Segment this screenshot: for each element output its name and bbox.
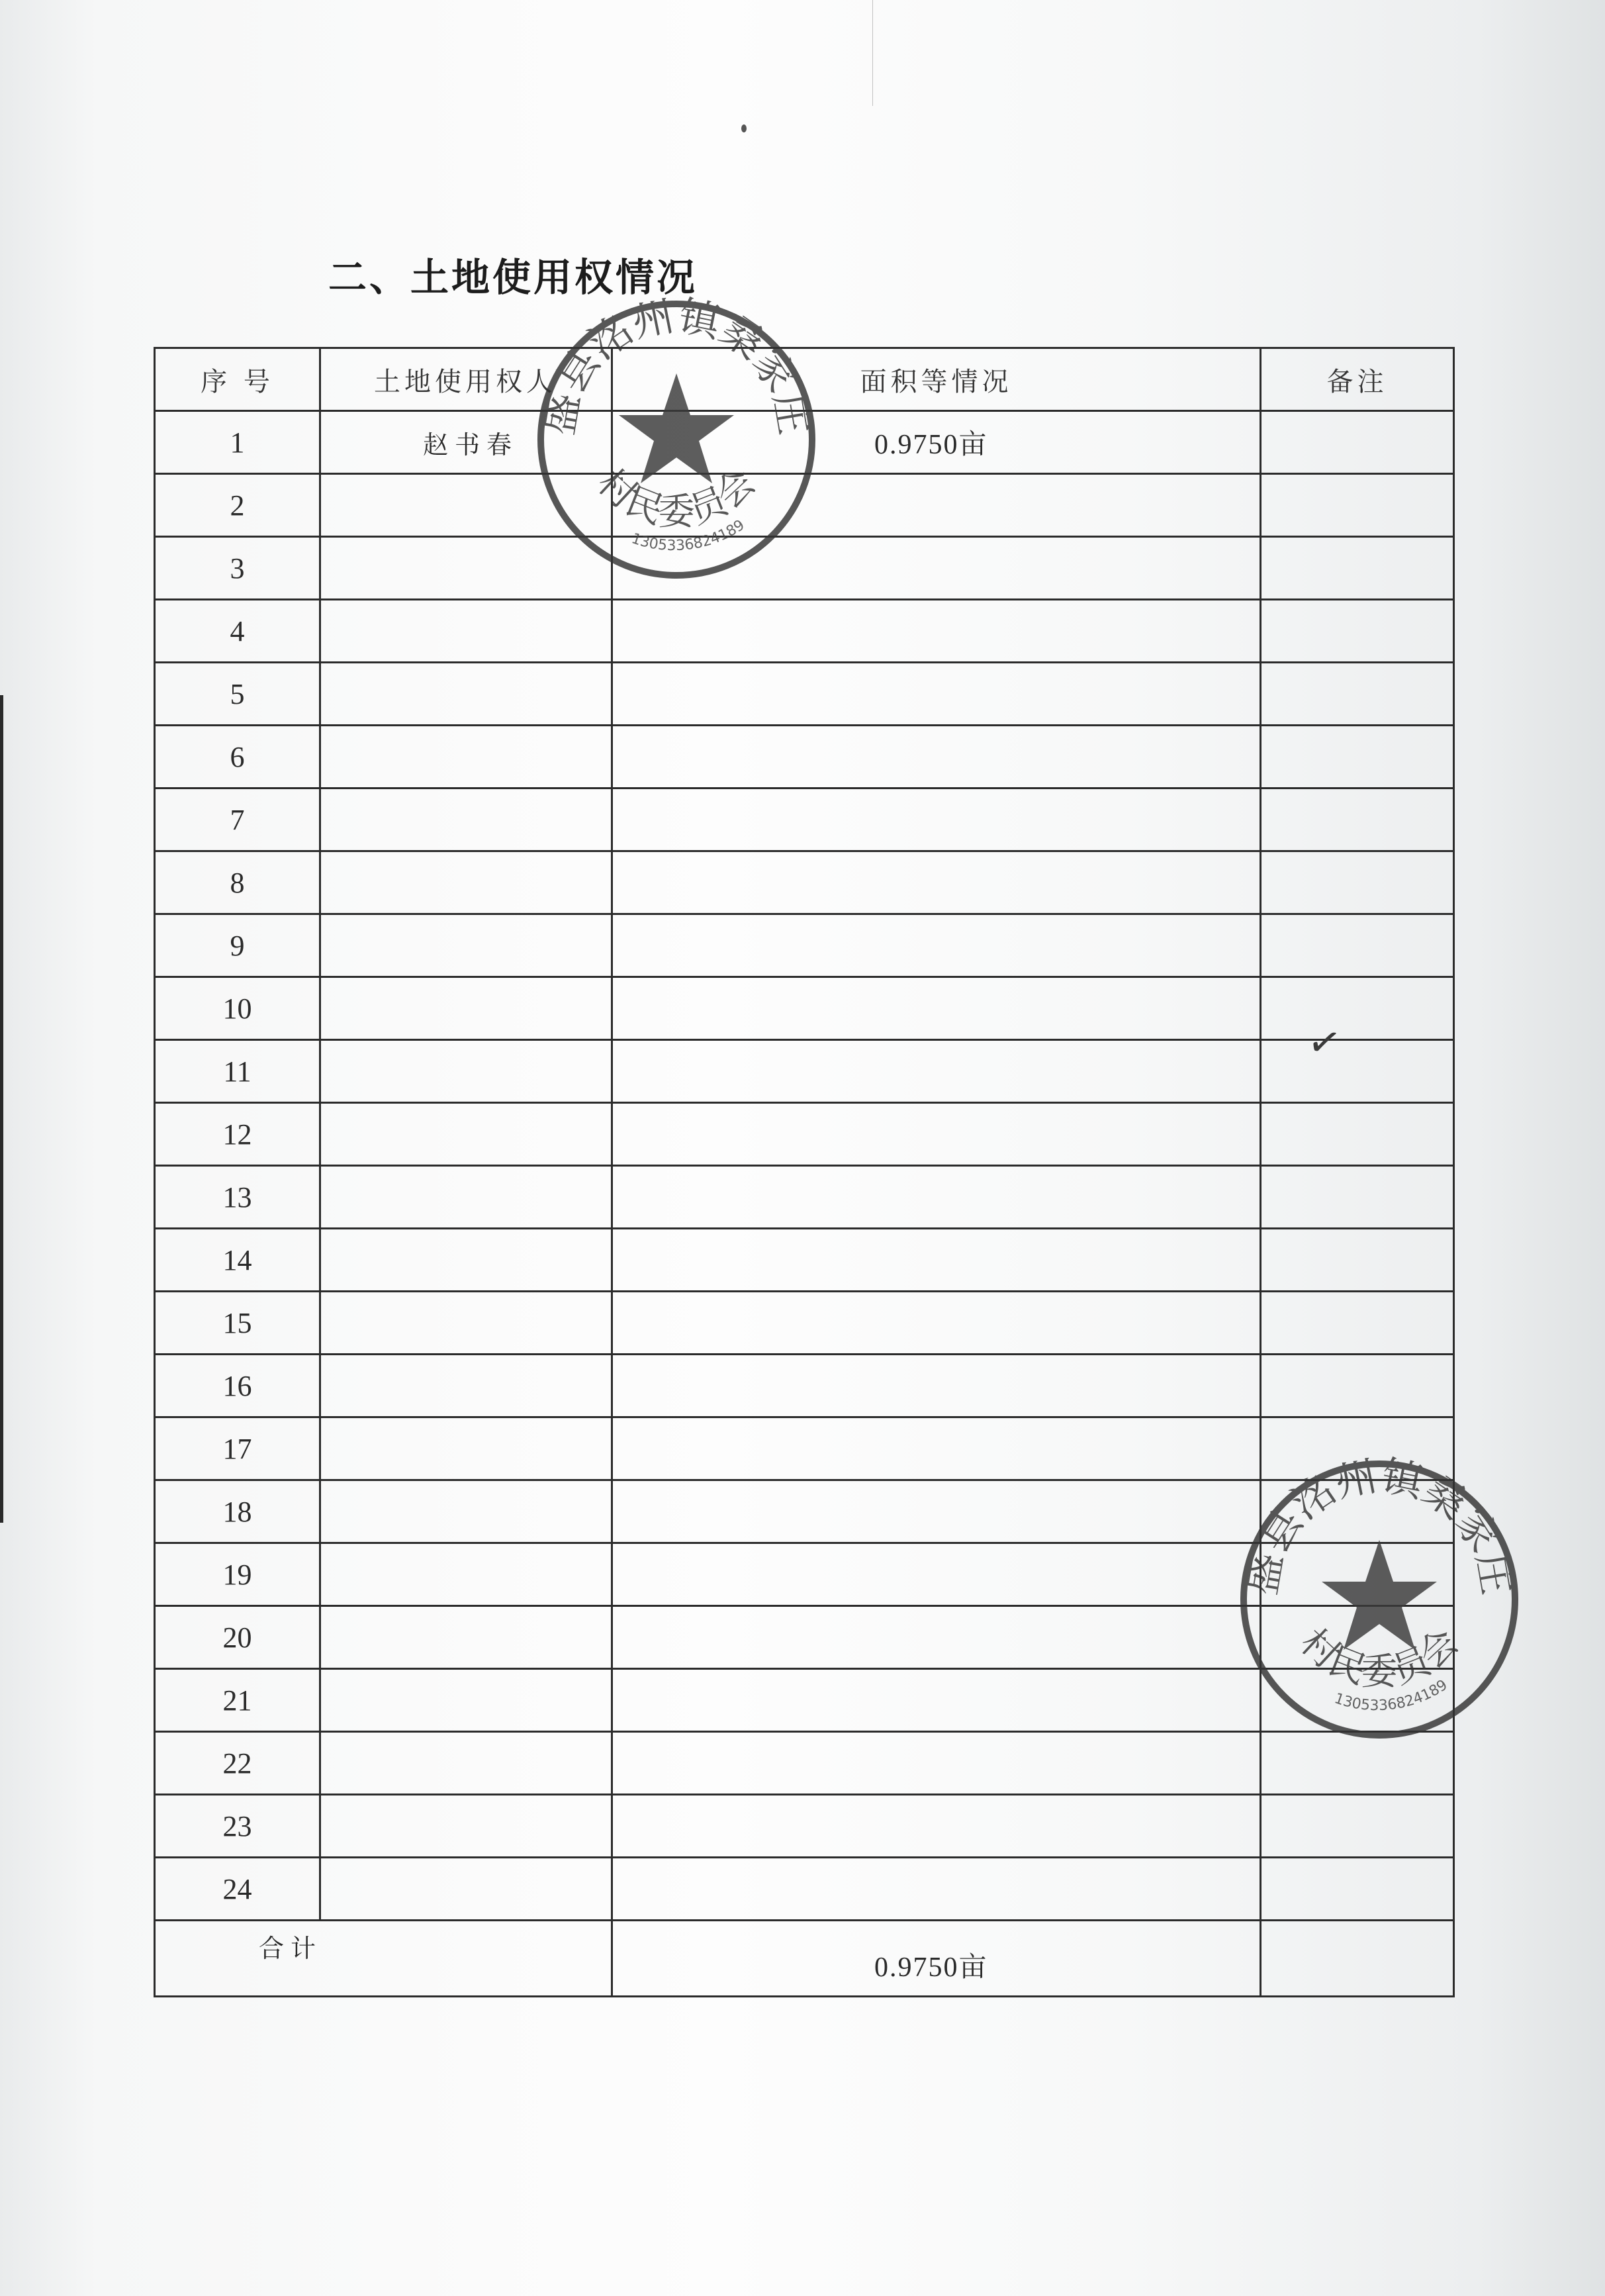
land-rights-holder-cell: [320, 537, 612, 600]
table-row: 13: [155, 1166, 1454, 1229]
land-rights-holder-cell: [320, 1417, 612, 1480]
area-details-cell: [612, 600, 1261, 663]
serial-number-cell: 10: [155, 977, 320, 1040]
serial-number-cell: 14: [155, 1229, 320, 1292]
table-row: 6: [155, 726, 1454, 789]
serial-number-cell: 16: [155, 1355, 320, 1417]
land-rights-holder-cell: [320, 1229, 612, 1292]
remarks-cell: [1261, 1417, 1454, 1480]
table-header-row: 序 号 土地使用权人 面积等情况 备注: [155, 348, 1454, 411]
remarks-cell: [1261, 1543, 1454, 1606]
serial-number-cell: 4: [155, 600, 320, 663]
remarks-cell: [1261, 1606, 1454, 1669]
serial-number-cell: 22: [155, 1732, 320, 1795]
remarks-cell: [1261, 411, 1454, 474]
table-row: 15: [155, 1292, 1454, 1355]
table-row: 7: [155, 789, 1454, 851]
area-details-cell: [612, 1417, 1261, 1480]
table-row: 24: [155, 1858, 1454, 1921]
land-rights-holder-cell: 赵书春: [320, 411, 612, 474]
area-details-cell: [612, 474, 1261, 537]
remarks-cell: [1261, 789, 1454, 851]
paper-fold-line: [872, 0, 873, 106]
serial-number-cell: 9: [155, 914, 320, 977]
land-rights-holder-cell: [320, 1669, 612, 1732]
table-row: 21: [155, 1669, 1454, 1732]
land-rights-holder-cell: [320, 600, 612, 663]
table-row: 3: [155, 537, 1454, 600]
remarks-cell: [1261, 1103, 1454, 1166]
table-row: 9: [155, 914, 1454, 977]
area-details-cell: [612, 1795, 1261, 1858]
serial-number-cell: 23: [155, 1795, 320, 1858]
land-rights-holder-cell: [320, 1040, 612, 1103]
remarks-cell: [1261, 726, 1454, 789]
table-row: 22: [155, 1732, 1454, 1795]
area-details-cell: [612, 851, 1261, 914]
area-details-cell: [612, 1543, 1261, 1606]
table-row: 20: [155, 1606, 1454, 1669]
table-row: 8: [155, 851, 1454, 914]
table-row: 10: [155, 977, 1454, 1040]
land-rights-holder-cell: [320, 1355, 612, 1417]
area-details-cell: [612, 726, 1261, 789]
table-row: 17: [155, 1417, 1454, 1480]
area-details-cell: [612, 1040, 1261, 1103]
area-details-cell: [612, 1103, 1261, 1166]
remarks-cell: [1261, 1732, 1454, 1795]
serial-number-cell: 20: [155, 1606, 320, 1669]
serial-number-cell: 12: [155, 1103, 320, 1166]
serial-number-cell: 1: [155, 411, 320, 474]
land-rights-holder-cell: [320, 1292, 612, 1355]
table-row: 1赵书春0.9750亩: [155, 411, 1454, 474]
table-row: 16: [155, 1355, 1454, 1417]
area-details-cell: [612, 914, 1261, 977]
land-rights-holder-cell: [320, 1166, 612, 1229]
land-rights-holder-cell: [320, 1543, 612, 1606]
serial-number-cell: 24: [155, 1858, 320, 1921]
area-details-cell: [612, 1606, 1261, 1669]
land-rights-holder-cell: [320, 726, 612, 789]
total-area-value: 0.9750亩: [612, 1921, 1261, 1997]
area-details-cell: [612, 1292, 1261, 1355]
serial-number-cell: 15: [155, 1292, 320, 1355]
area-details-cell: [612, 1669, 1261, 1732]
remarks-cell: [1261, 914, 1454, 977]
land-rights-holder-cell: [320, 789, 612, 851]
land-rights-holder-cell: [320, 851, 612, 914]
land-rights-holder-cell: [320, 1732, 612, 1795]
table-row: 2: [155, 474, 1454, 537]
serial-number-cell: 8: [155, 851, 320, 914]
area-details-cell: [612, 1480, 1261, 1543]
land-rights-holder-cell: [320, 977, 612, 1040]
serial-number-cell: 5: [155, 663, 320, 726]
serial-number-cell: 19: [155, 1543, 320, 1606]
area-details-cell: [612, 1355, 1261, 1417]
total-remarks-cell: [1261, 1921, 1454, 1997]
serial-number-cell: 21: [155, 1669, 320, 1732]
table-row: 5: [155, 663, 1454, 726]
remarks-cell: [1261, 977, 1454, 1040]
remarks-cell: [1261, 1229, 1454, 1292]
land-rights-holder-cell: [320, 1795, 612, 1858]
remarks-cell: [1261, 1858, 1454, 1921]
serial-number-cell: 13: [155, 1166, 320, 1229]
area-details-cell: 0.9750亩: [612, 411, 1261, 474]
serial-number-cell: 6: [155, 726, 320, 789]
header-area-details: 面积等情况: [612, 348, 1261, 411]
land-rights-holder-cell: [320, 1606, 612, 1669]
area-details-cell: [612, 663, 1261, 726]
header-land-rights-holder: 土地使用权人: [320, 348, 612, 411]
remarks-cell: [1261, 1795, 1454, 1858]
serial-number-cell: 11: [155, 1040, 320, 1103]
table-row: 11: [155, 1040, 1454, 1103]
land-rights-holder-cell: [320, 474, 612, 537]
scan-edge: [0, 695, 3, 1523]
serial-number-cell: 2: [155, 474, 320, 537]
header-serial-number: 序 号: [155, 348, 320, 411]
total-label: 合计: [155, 1921, 612, 1997]
serial-number-cell: 3: [155, 537, 320, 600]
ink-speck: [741, 124, 747, 132]
land-rights-holder-cell: [320, 914, 612, 977]
area-details-cell: [612, 977, 1261, 1040]
header-remarks: 备注: [1261, 348, 1454, 411]
remarks-cell: [1261, 663, 1454, 726]
area-details-cell: [612, 1858, 1261, 1921]
table-row: 23: [155, 1795, 1454, 1858]
area-details-cell: [612, 537, 1261, 600]
area-details-cell: [612, 1732, 1261, 1795]
remarks-cell: [1261, 1040, 1454, 1103]
serial-number-cell: 17: [155, 1417, 320, 1480]
remarks-cell: [1261, 851, 1454, 914]
table-row: 4: [155, 600, 1454, 663]
area-details-cell: [612, 789, 1261, 851]
land-rights-holder-cell: [320, 1480, 612, 1543]
remarks-cell: [1261, 1480, 1454, 1543]
remarks-cell: [1261, 1355, 1454, 1417]
area-details-cell: [612, 1229, 1261, 1292]
section-title: 二、土地使用权情况: [328, 246, 698, 302]
land-use-rights-table: 序 号 土地使用权人 面积等情况 备注 1赵书春0.9750亩234567891…: [154, 347, 1455, 1997]
remarks-cell: [1261, 537, 1454, 600]
table-total-row: 合计0.9750亩: [155, 1921, 1454, 1997]
remarks-cell: [1261, 474, 1454, 537]
land-rights-holder-cell: [320, 663, 612, 726]
table-row: 12: [155, 1103, 1454, 1166]
remarks-cell: [1261, 1292, 1454, 1355]
table-row: 14: [155, 1229, 1454, 1292]
table-row: 19: [155, 1543, 1454, 1606]
remarks-cell: [1261, 1166, 1454, 1229]
remarks-cell: [1261, 600, 1454, 663]
table-row: 18: [155, 1480, 1454, 1543]
land-rights-holder-cell: [320, 1103, 612, 1166]
land-rights-holder-cell: [320, 1858, 612, 1921]
serial-number-cell: 18: [155, 1480, 320, 1543]
area-details-cell: [612, 1166, 1261, 1229]
remarks-cell: [1261, 1669, 1454, 1732]
serial-number-cell: 7: [155, 789, 320, 851]
